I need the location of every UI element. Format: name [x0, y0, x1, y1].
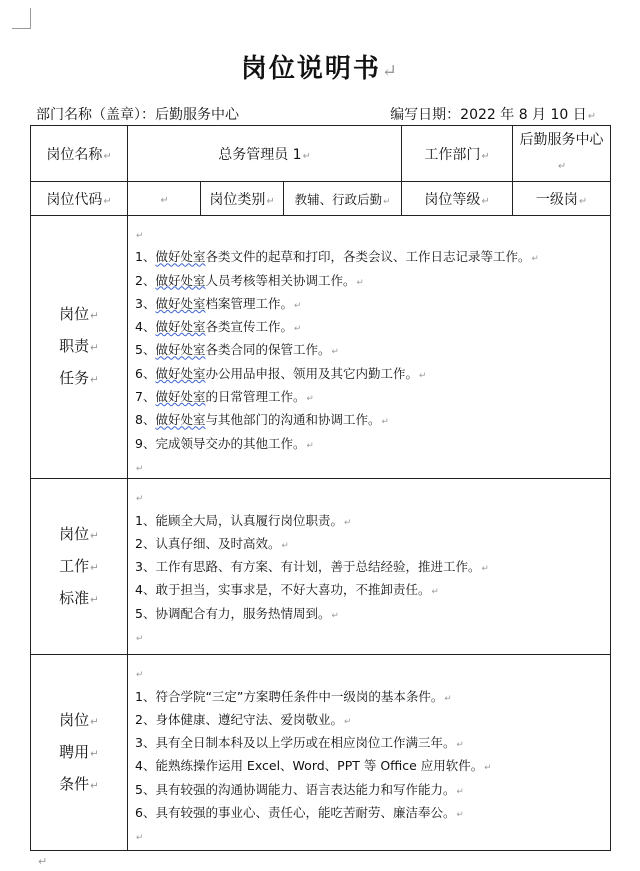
item-number: 2、: [135, 712, 155, 727]
item-number: 4、: [135, 758, 155, 773]
item-text: 身体健康、遵纪守法、爱岗敬业。: [155, 712, 343, 727]
paragraph-mark-icon: ↵: [266, 196, 274, 207]
list-item[interactable]: 1、符合学院“三定”方案聘任条件中一级岗的基本条件。↵: [135, 685, 610, 708]
paragraph-mark-icon: ↵: [588, 111, 596, 122]
list-item[interactable]: 9、完成领导交办的其他工作。↵: [135, 432, 610, 455]
spellcheck-underlined-text: 做好处室: [155, 273, 205, 288]
list-item[interactable]: 1、能顾全大局，认真履行岗位职责。↵: [135, 509, 610, 532]
item-text: 能顾全大局，认真履行岗位职责。: [155, 513, 343, 528]
item-text: 协调配合有力，服务热情周到。: [155, 606, 330, 621]
cell-level-label[interactable]: 岗位等级↵: [402, 182, 513, 216]
item-number: 1、: [135, 249, 155, 264]
paragraph-mark-icon: ↵: [160, 195, 168, 206]
item-number: 8、: [135, 412, 155, 427]
department-line[interactable]: 部门名称（盖章）：后勤服务中心: [36, 104, 239, 124]
list-item[interactable]: 6、具有较强的事业心、责任心，能吃苦耐劳、廉洁奉公。↵: [135, 801, 610, 824]
table-row: 岗位名称↵ 总务管理员 1↵ 工作部门↵ 后勤服务中心↵: [31, 126, 611, 182]
label-line: 任务↵: [31, 363, 127, 395]
label-line: 聘用↵: [31, 737, 127, 769]
spellcheck-underlined-text: 做好处室: [155, 389, 205, 404]
paragraph-mark-icon: ↵: [456, 787, 463, 797]
item-number: 6、: [135, 366, 155, 381]
list-item[interactable]: 7、做好处室的日常管理工作。↵: [135, 385, 610, 408]
cell-category-value[interactable]: 教辅、行政后勤↵: [284, 182, 402, 216]
paragraph-mark-icon: ↵: [281, 541, 288, 551]
item-text: 符合学院“三定”方案聘任条件中一级岗的基本条件。: [155, 689, 443, 704]
paragraph-mark-icon: ↵: [303, 151, 311, 162]
empty-paragraph[interactable]: ↵: [135, 455, 610, 478]
paragraph-mark-icon: ↵: [481, 151, 489, 162]
paragraph-mark-icon: ↵: [90, 562, 99, 574]
item-text: 具有较强的沟通协调能力、语言表达能力和写作能力。: [155, 782, 455, 797]
label-line: 岗位↵: [31, 705, 127, 737]
cell-dept-label[interactable]: 工作部门↵: [402, 126, 513, 182]
list-item[interactable]: 8、做好处室与其他部门的沟通和协调工作。↵: [135, 408, 610, 431]
paragraph-mark-icon: ↵: [431, 587, 438, 597]
item-number: 7、: [135, 389, 155, 404]
paragraph-mark-icon: ↵: [294, 301, 301, 311]
spellcheck-underlined-text: 做好处室: [155, 412, 205, 427]
cell-category-label[interactable]: 岗位类别↵: [201, 182, 284, 216]
paragraph-mark-icon: ↵: [136, 494, 143, 504]
paragraph-mark-icon: ↵: [456, 810, 463, 820]
label-line: 岗位↵: [31, 299, 127, 331]
paragraph-mark-icon: ↵: [90, 530, 99, 542]
list-item[interactable]: 4、能熟练操作运用 Excel、Word、PPT 等 Office 应用软件。↵: [135, 754, 610, 777]
section-duties: 岗位↵ 职责↵ 任务↵ ↵1、做好处室各类文件的起草和打印，各类会议、工作日志记…: [31, 216, 611, 479]
section-label[interactable]: 岗位↵ 聘用↵ 条件↵: [31, 655, 128, 851]
empty-paragraph[interactable]: ↵: [135, 485, 610, 508]
item-number: 3、: [135, 296, 155, 311]
paragraph-mark-icon: ↵: [90, 342, 99, 354]
date-line[interactable]: 编写日期：2022 年 8 月 10 日↵: [390, 104, 596, 124]
label-line: 标准↵: [31, 583, 127, 615]
item-text: 敢于担当，实事求是，不好大喜功，不推卸责任。: [155, 582, 430, 597]
paragraph-mark-icon: ↵: [136, 833, 143, 843]
cell-name-label[interactable]: 岗位名称↵: [31, 126, 128, 182]
empty-paragraph[interactable]: ↵: [135, 824, 610, 847]
spellcheck-underlined-text: 做好处室: [155, 366, 205, 381]
paragraph-mark-icon: ↵: [306, 394, 313, 404]
paragraph-mark-icon: ↵: [382, 61, 399, 82]
label-line: 条件↵: [31, 769, 127, 801]
paragraph-mark-icon: ↵: [531, 254, 538, 264]
item-text: 与其他部门的沟通和协调工作。: [205, 412, 380, 427]
spellcheck-underlined-text: 做好处室: [155, 249, 205, 264]
list-item[interactable]: 3、具有全日制本科及以上学历或在相应岗位工作满三年。↵: [135, 731, 610, 754]
item-number: 5、: [135, 782, 155, 797]
paragraph-mark-icon: ↵: [90, 374, 99, 386]
paragraph-mark-icon: ↵: [331, 611, 338, 621]
item-number: 9、: [135, 436, 155, 451]
item-text: 各类合同的保管工作。: [205, 342, 330, 357]
item-text: 完成领导交办的其他工作。: [155, 436, 305, 451]
list-item[interactable]: 3、做好处室档案管理工作。↵: [135, 292, 610, 315]
section-body[interactable]: ↵1、能顾全大局，认真履行岗位职责。↵2、认真仔细、及时高效。↵3、工作有思路、…: [128, 479, 611, 655]
item-number: 4、: [135, 582, 155, 597]
cell-code-value[interactable]: ↵: [128, 182, 201, 216]
label-line: 工作↵: [31, 551, 127, 583]
paragraph-mark-icon: ↵: [90, 748, 99, 760]
page-corner-mark: [12, 8, 31, 29]
item-number: 5、: [135, 342, 155, 357]
cell-code-label[interactable]: 岗位代码↵: [31, 182, 128, 216]
list-item[interactable]: 5、具有较强的沟通协调能力、语言表达能力和写作能力。↵: [135, 778, 610, 801]
paragraph-mark-icon: ↵: [456, 740, 463, 750]
cell-dept-value[interactable]: 后勤服务中心↵: [513, 126, 611, 182]
item-number: 3、: [135, 735, 155, 750]
item-text: 档案管理工作。: [205, 296, 293, 311]
item-number: 2、: [135, 273, 155, 288]
item-number: 2、: [135, 536, 155, 551]
paragraph-mark-icon: ↵: [484, 763, 491, 773]
list-item[interactable]: 2、做好处室人员考核等相关协调工作。↵: [135, 269, 610, 292]
section-body[interactable]: ↵1、符合学院“三定”方案聘任条件中一级岗的基本条件。↵2、身体健康、遵纪守法、…: [128, 655, 611, 851]
section-requirements: 岗位↵ 聘用↵ 条件↵ ↵1、符合学院“三定”方案聘任条件中一级岗的基本条件。↵…: [31, 655, 611, 851]
paragraph-mark-icon: ↵: [136, 670, 143, 680]
list-item[interactable]: 6、做好处室办公用品申报、领用及其它内勤工作。↵: [135, 362, 610, 385]
label-line: 岗位↵: [31, 519, 127, 551]
job-description-table: 岗位名称↵ 总务管理员 1↵ 工作部门↵ 后勤服务中心↵ 岗位代码↵ ↵ 岗位类…: [30, 125, 611, 851]
paragraph-mark-icon: ↵: [383, 197, 390, 207]
list-item[interactable]: 3、工作有思路、有方案、有计划，善于总结经验，推进工作。↵: [135, 555, 610, 578]
spellcheck-underlined-text: 做好处室: [155, 319, 205, 334]
item-text: 各类宣传工作。: [205, 319, 293, 334]
list-item[interactable]: 4、做好处室各类宣传工作。↵: [135, 315, 610, 338]
paragraph-mark-icon: ↵: [381, 417, 388, 427]
item-number: 4、: [135, 319, 155, 334]
item-text: 人员考核等相关协调工作。: [205, 273, 355, 288]
section-standards: 岗位↵ 工作↵ 标准↵ ↵1、能顾全大局，认真履行岗位职责。↵2、认真仔细、及时…: [31, 479, 611, 655]
empty-paragraph[interactable]: ↵: [135, 661, 610, 684]
paragraph-mark-icon: ↵: [90, 716, 99, 728]
list-item[interactable]: 4、敢于担当，实事求是，不好大喜功，不推卸责任。↵: [135, 578, 610, 601]
item-number: 1、: [135, 689, 155, 704]
item-number: 5、: [135, 606, 155, 621]
table-row: 岗位代码↵ ↵ 岗位类别↵ 教辅、行政后勤↵ 岗位等级↵ 一级岗↵: [31, 182, 611, 216]
section-label[interactable]: 岗位↵ 职责↵ 任务↵: [31, 216, 128, 479]
item-number: 6、: [135, 805, 155, 820]
item-number: 3、: [135, 559, 155, 574]
item-text: 的日常管理工作。: [205, 389, 305, 404]
paragraph-mark-icon: ↵: [356, 278, 363, 288]
paragraph-mark-icon: ↵: [38, 855, 47, 868]
paragraph-mark-icon: ↵: [344, 518, 351, 528]
list-item[interactable]: 1、做好处室各类文件的起草和打印，各类会议、工作日志记录等工作。↵: [135, 245, 610, 268]
paragraph-mark-icon: ↵: [136, 634, 143, 644]
section-body[interactable]: ↵1、做好处室各类文件的起草和打印，各类会议、工作日志记录等工作。↵2、做好处室…: [128, 216, 611, 479]
paragraph-mark-icon: ↵: [331, 347, 338, 357]
list-item[interactable]: 5、做好处室各类合同的保管工作。↵: [135, 338, 610, 361]
item-text: 各类文件的起草和打印，各类会议、工作日志记录等工作。: [205, 249, 530, 264]
cell-name-value[interactable]: 总务管理员 1↵: [128, 126, 402, 182]
item-text: 具有全日制本科及以上学历或在相应岗位工作满三年。: [155, 735, 455, 750]
section-label[interactable]: 岗位↵ 工作↵ 标准↵: [31, 479, 128, 655]
item-text: 工作有思路、有方案、有计划，善于总结经验，推进工作。: [155, 559, 480, 574]
item-text: 能熟练操作运用 Excel、Word、PPT 等 Office 应用软件。: [155, 758, 483, 773]
list-item[interactable]: 2、身体健康、遵纪守法、爱岗敬业。↵: [135, 708, 610, 731]
paragraph-mark-icon: ↵: [103, 151, 111, 162]
list-item[interactable]: 2、认真仔细、及时高效。↵: [135, 532, 610, 555]
paragraph-mark-icon: ↵: [103, 196, 111, 207]
paragraph-mark-icon: ↵: [306, 441, 313, 451]
item-text: 具有较强的事业心、责任心，能吃苦耐劳、廉洁奉公。: [155, 805, 455, 820]
paragraph-mark-icon: ↵: [419, 371, 426, 381]
empty-paragraph[interactable]: ↵: [135, 625, 610, 648]
label-line: 职责↵: [31, 331, 127, 363]
paragraph-mark-icon: ↵: [136, 231, 143, 241]
list-item[interactable]: 5、协调配合有力，服务热情周到。↵: [135, 602, 610, 625]
paragraph-mark-icon: ↵: [294, 324, 301, 334]
paragraph-mark-icon: ↵: [90, 594, 99, 606]
paragraph-mark-icon: ↵: [481, 196, 489, 207]
document-title[interactable]: 岗位说明书↵: [0, 48, 640, 85]
item-text: 办公用品申报、领用及其它内勤工作。: [205, 366, 418, 381]
paragraph-mark-icon: ↵: [344, 717, 351, 727]
paragraph-mark-icon: ↵: [136, 464, 143, 474]
paragraph-mark-icon: ↵: [444, 694, 451, 704]
spellcheck-underlined-text: 做好处室: [155, 342, 205, 357]
cell-level-value[interactable]: 一级岗↵: [513, 182, 611, 216]
paragraph-mark-icon: ↵: [90, 780, 99, 792]
paragraph-mark-icon: ↵: [579, 196, 587, 207]
paragraph-mark-icon: ↵: [558, 161, 566, 172]
spellcheck-underlined-text: 做好处室: [155, 296, 205, 311]
empty-paragraph[interactable]: ↵: [135, 222, 610, 245]
item-number: 1、: [135, 513, 155, 528]
item-text: 认真仔细、及时高效。: [155, 536, 280, 551]
paragraph-mark-icon: ↵: [481, 564, 488, 574]
paragraph-mark-icon: ↵: [90, 310, 99, 322]
